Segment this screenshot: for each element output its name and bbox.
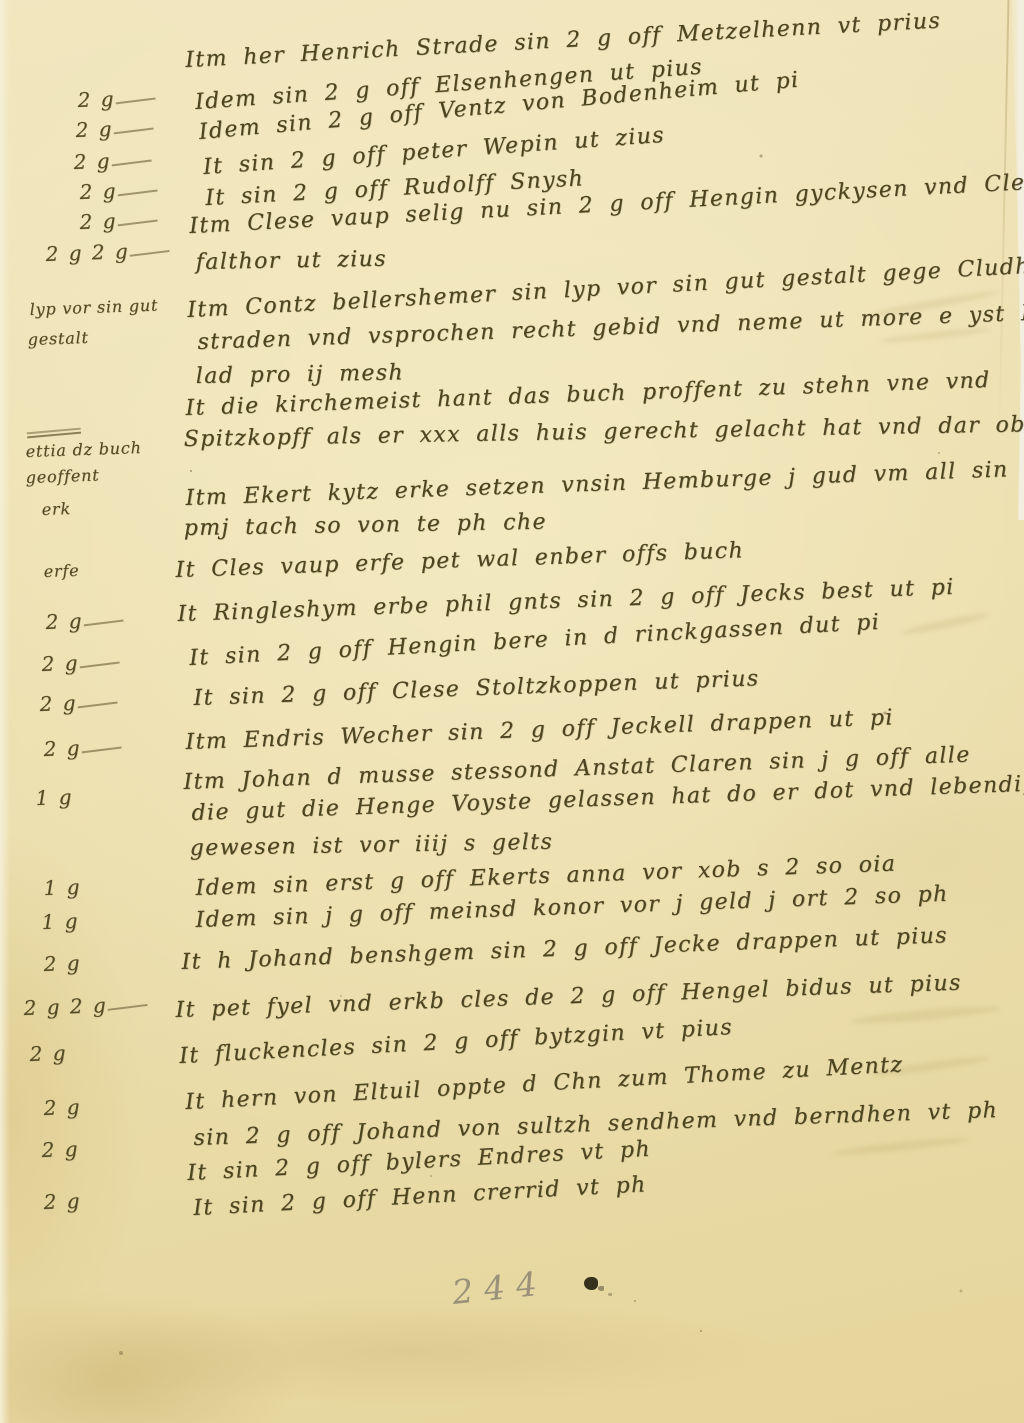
manuscript-line: lad pro ij mesh <box>196 360 405 389</box>
margin-note: 2 g <box>73 149 112 174</box>
margin-note: 2 g <box>75 117 114 142</box>
bleed-through-mark <box>830 1135 970 1159</box>
margin-note: 2 g <box>39 691 78 716</box>
margin-note: 1 g <box>35 785 74 810</box>
manuscript-line: Itm Endris Wecher sin 2 g off Jeckell dr… <box>185 705 894 755</box>
margin-note: 2 g <box>43 736 82 761</box>
manuscript-line: Itm Ekert kytz erke setzen vnsin Hemburg… <box>185 457 1009 511</box>
folio-number-pencil: 244 <box>450 1263 550 1312</box>
margin-note: ettia dz buch <box>25 438 142 461</box>
margin-note: erk <box>41 499 71 519</box>
bleed-through-mark <box>900 611 990 638</box>
margin-note: geoffent <box>25 465 99 487</box>
manuscript-line: falthor ut zius <box>196 247 388 275</box>
margin-note: 2 g <box>43 1095 82 1120</box>
margin-note: 2 g <box>43 1189 82 1214</box>
manuscript-page: 2 g2 g2 g2 g2 g2 g 2 glyp vor sin gutges… <box>0 0 1024 1423</box>
manuscript-line: It Cles vaup erfe pet wal enber offs buc… <box>175 538 744 583</box>
fox-spots <box>190 470 192 472</box>
margin-note: 2 g <box>45 609 84 634</box>
paper-edge-right <box>998 0 1009 430</box>
margin-note: 2 g <box>79 179 118 204</box>
margin-note: 2 g <box>43 951 82 976</box>
margin-note: 2 g 2 g <box>45 239 130 266</box>
bleed-through-mark <box>850 1003 1000 1026</box>
margin-note: 1 g <box>43 875 82 900</box>
paper-edge-left <box>0 0 10 1423</box>
manuscript-line: It fluckencles sin 2 g off bytzgin vt pi… <box>179 1015 734 1069</box>
manuscript-line: gewesen ist vor iiij s gelts <box>190 830 554 861</box>
margin-note: erfe <box>43 561 79 581</box>
margin-note: 2 g <box>41 651 80 676</box>
margin-note: 2 g <box>77 87 116 112</box>
manuscript-line: It pet fyel vnd erkb cles de 2 g off Hen… <box>175 971 962 1023</box>
margin-note: 2 g <box>79 209 118 234</box>
margin-note: 2 g <box>29 1041 68 1066</box>
margin-note: gestalt <box>27 328 89 349</box>
margin-note: lyp vor sin gut <box>29 296 158 319</box>
ink-blot <box>584 1277 598 1290</box>
manuscript-line: It sin 2 g off Clese Stoltzkoppen ut pri… <box>193 666 760 711</box>
manuscript-line: pmj tach so von te ph che <box>184 510 548 541</box>
manuscript-line: It h Johand benshgem sin 2 g off Jecke d… <box>181 923 948 975</box>
margin-note: 1 g <box>41 909 80 934</box>
margin-note: 2 g 2 g <box>23 993 108 1020</box>
margin-note: 2 g <box>41 1137 80 1162</box>
manuscript-line: Spitzkopff als er xxx alls huis gerecht … <box>184 412 1024 452</box>
